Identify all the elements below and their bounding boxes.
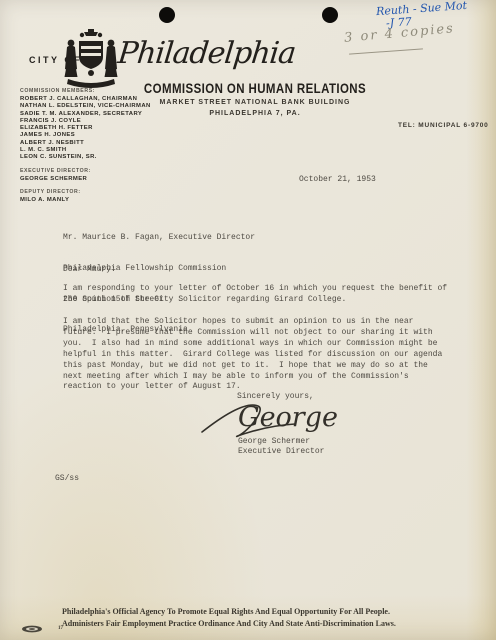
footer-motto: Philadelphia's Official Agency To Promot… bbox=[62, 606, 434, 630]
member-name: SADIE T. M. ALEXANDER, SECRETARY bbox=[20, 111, 180, 118]
deputy-director-label: DEPUTY DIRECTOR: bbox=[20, 189, 180, 195]
member-name: ALBERT J. NESBITT bbox=[20, 140, 180, 147]
signer-name: George Schermer bbox=[238, 437, 310, 446]
salutation: Dear Maury: bbox=[63, 265, 116, 274]
deputy-director-name: MILO A. MANLY bbox=[20, 197, 180, 204]
member-name: ROBERT J. CALLAGHAN, CHAIRMAN bbox=[20, 96, 180, 103]
body-paragraph-1: I am responding to your letter of Octobe… bbox=[63, 284, 451, 306]
union-bug-number: 17 bbox=[58, 626, 63, 631]
exec-director-name: GEORGE SCHERMER bbox=[20, 176, 180, 183]
letter-date: October 21, 1953 bbox=[299, 175, 376, 184]
member-name: JAMES H. JONES bbox=[20, 132, 180, 139]
punch-hole-left bbox=[159, 7, 175, 23]
member-name: NATHAN L. EDELSTEIN, VICE-CHAIRMAN bbox=[20, 103, 180, 110]
recipient-line: Mr. Maurice B. Fagan, Executive Director bbox=[63, 233, 255, 243]
member-name: FRANCIS J. COYLE bbox=[20, 118, 180, 125]
handwritten-ink-note-line1: Reuth - Sue Mot bbox=[376, 0, 468, 18]
members-label: COMMISSION MEMBERS: bbox=[20, 88, 180, 94]
reference-initials: GS/ss bbox=[55, 474, 79, 483]
body-paragraph-2: I am told that the Solicitor hopes to su… bbox=[63, 317, 451, 393]
exec-director-label: EXECUTIVE DIRECTOR: bbox=[20, 168, 180, 174]
member-name: ELIZABETH H. FETTER bbox=[20, 125, 180, 132]
signer-title: Executive Director bbox=[238, 447, 324, 456]
city-name-script: Philadelphia bbox=[116, 36, 297, 71]
scanned-letter-page: Reuth - Sue Mot -J 77 3 or 4 copies CITY… bbox=[0, 0, 496, 640]
pencil-underline bbox=[349, 48, 423, 54]
member-name: LEON C. SUNSTEIN, SR. bbox=[20, 154, 180, 161]
philadelphia-coat-of-arms-icon bbox=[62, 27, 120, 91]
svg-text:George: George bbox=[238, 402, 338, 433]
union-bug-icon bbox=[21, 624, 57, 634]
phone-number: TEL: MUNICIPAL 6-9700 bbox=[398, 122, 489, 129]
commission-members-block: COMMISSION MEMBERS: ROBERT J. CALLAGHAN,… bbox=[20, 88, 180, 204]
member-name: L. M. C. SMITH bbox=[20, 147, 180, 154]
signature-handwritten: George bbox=[200, 396, 350, 442]
punch-hole-right bbox=[322, 7, 338, 23]
